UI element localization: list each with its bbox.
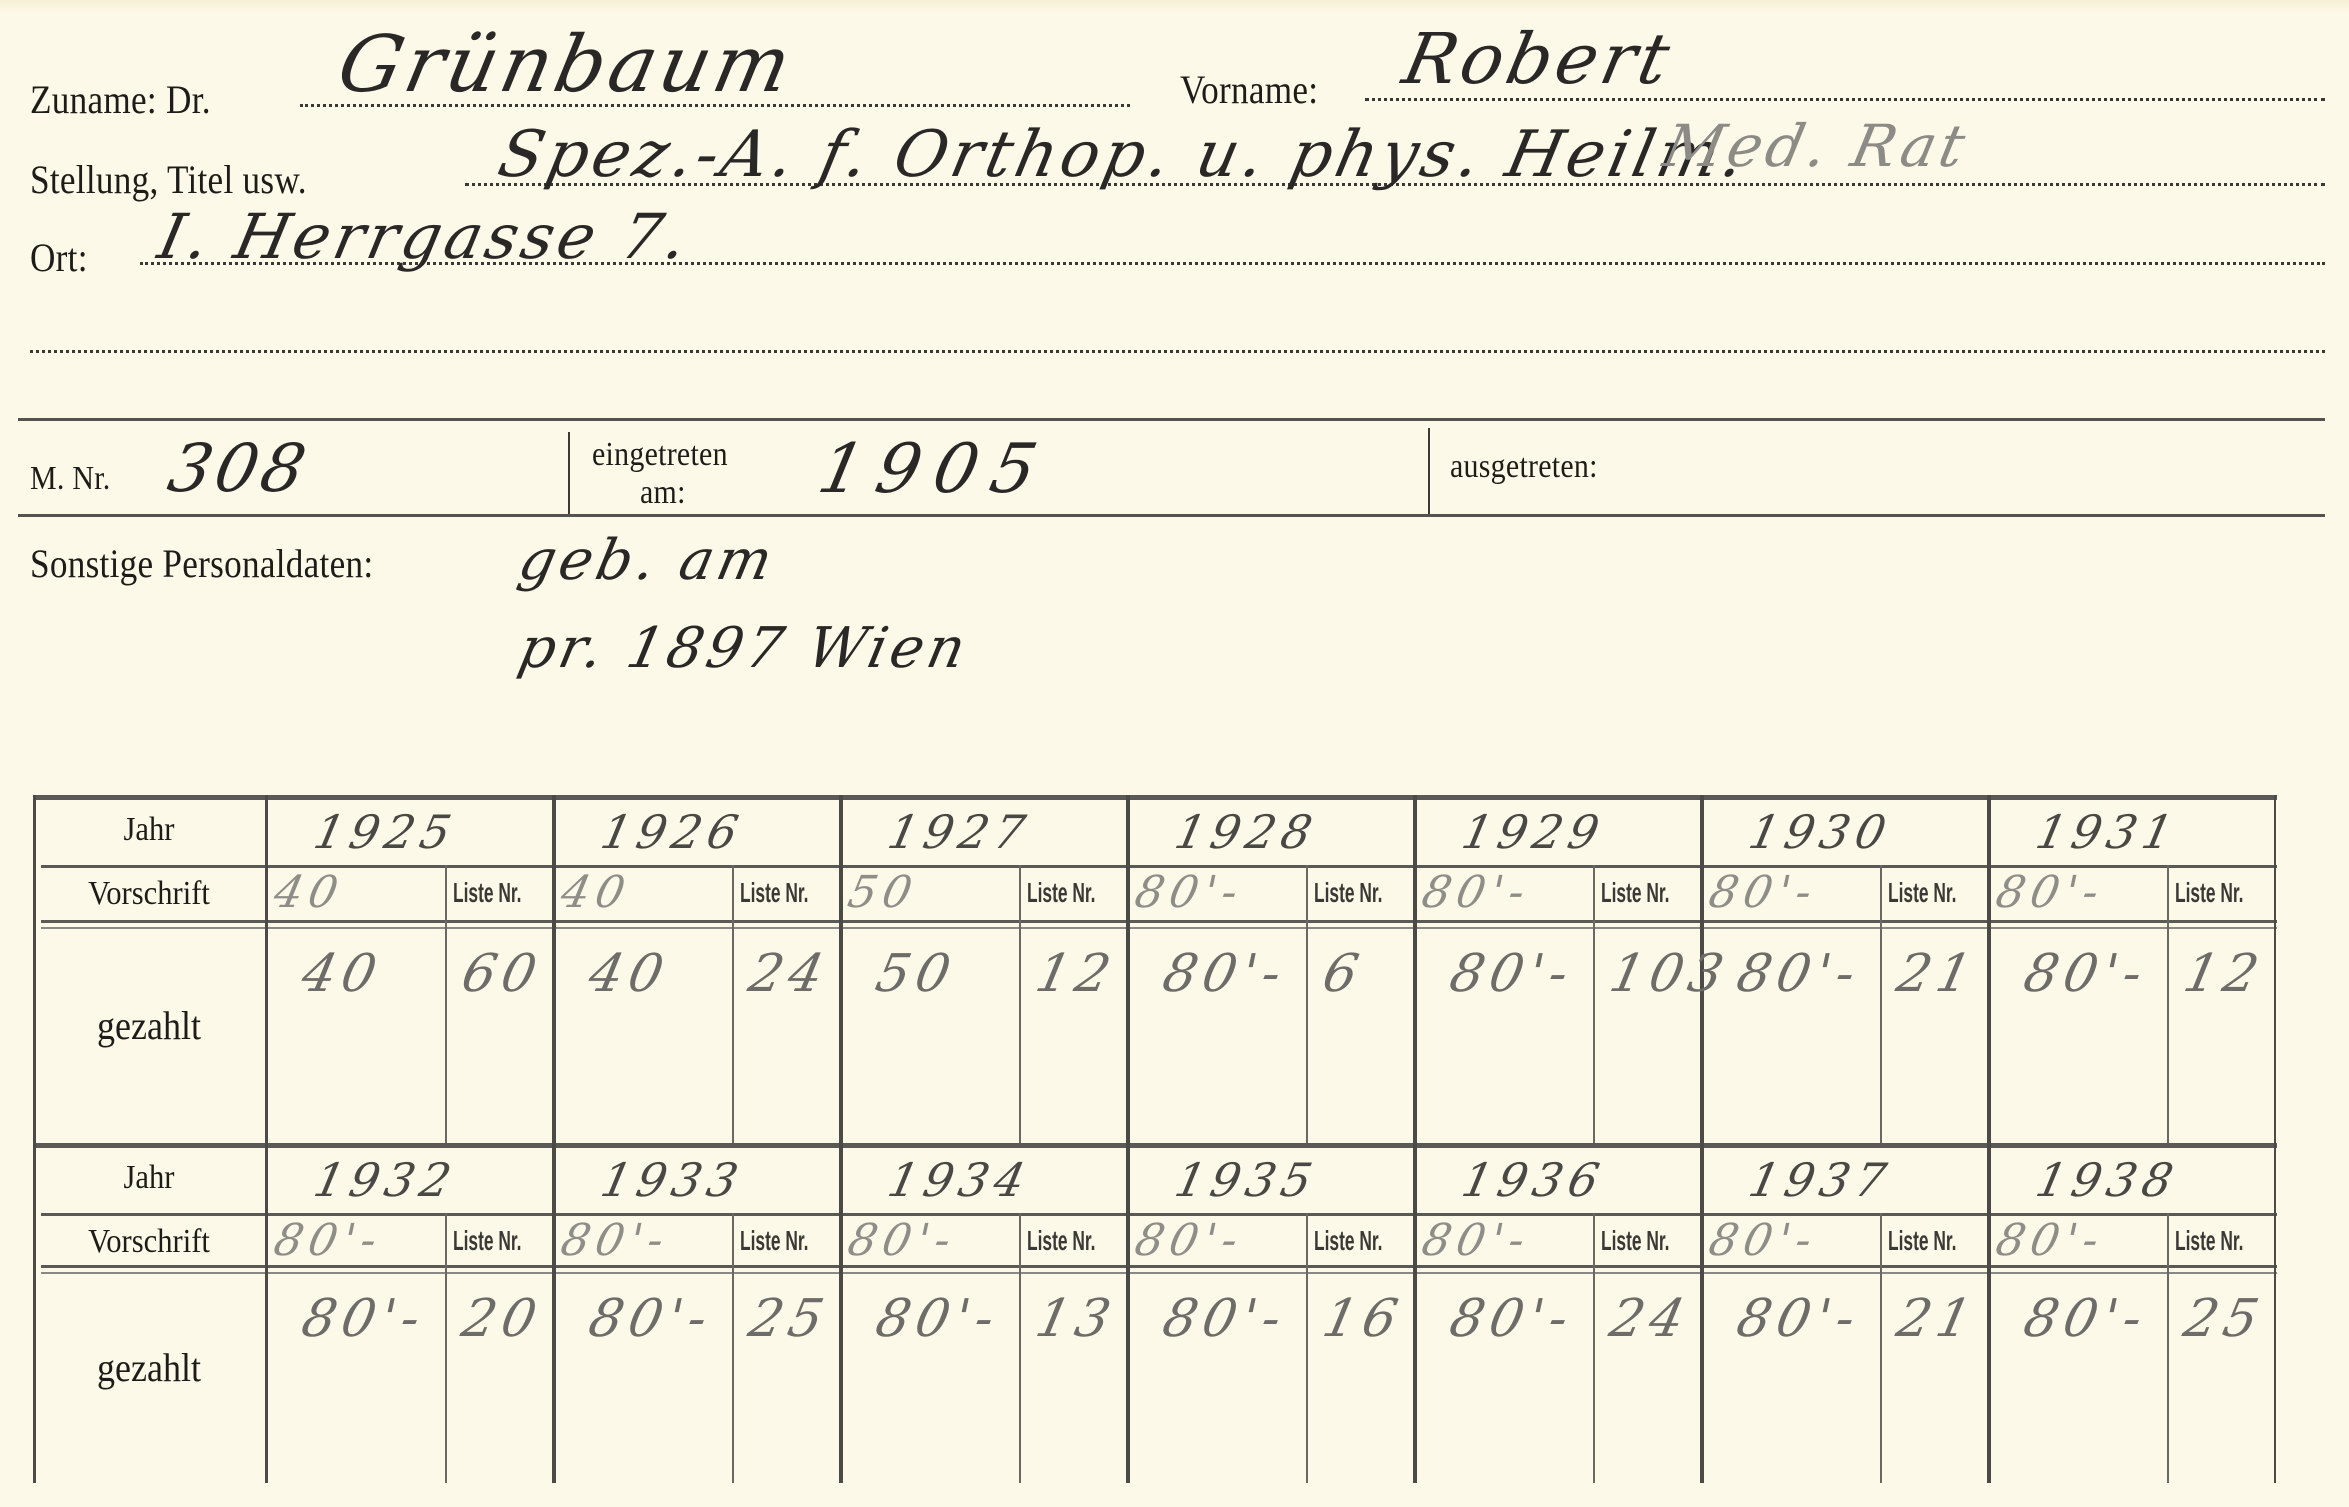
- list-number-label: Liste Nr.: [1314, 877, 1383, 909]
- list-number-divider: [1306, 1213, 1308, 1483]
- prescribed-value: 80'-: [844, 1215, 962, 1266]
- year-column-divider: [552, 1143, 556, 1483]
- list-number-divider: [1593, 1213, 1595, 1483]
- row-label-paid: gezahlt: [45, 1344, 254, 1391]
- table-rule-prescribed: [41, 920, 2277, 923]
- paid-value: 80'-: [871, 1289, 1006, 1349]
- first-name-label: Vorname:: [1180, 66, 1318, 113]
- list-number-divider: [445, 865, 447, 1143]
- table-rule-prescribed-double: [41, 1272, 2277, 1274]
- list-number-value: 103: [1605, 944, 1735, 1004]
- paid-value: 40: [584, 944, 675, 1004]
- list-number-label: Liste Nr.: [1888, 877, 1957, 909]
- list-number-value: 12: [1031, 944, 1122, 1004]
- list-number-label: Liste Nr.: [2175, 1225, 2244, 1257]
- year-value: 1927: [883, 805, 1036, 859]
- row-label-prescribed: Vorschrift: [45, 875, 254, 913]
- dues-table: JahrVorschriftgezahlt192540Liste Nr.4060…: [33, 795, 2277, 1485]
- list-number-value: 25: [2179, 1289, 2270, 1349]
- table-rule-top: [33, 795, 2277, 800]
- row-label-year: Jahr: [45, 811, 254, 849]
- position-label: Stellung, Titel usw.: [30, 156, 307, 203]
- list-number-label: Liste Nr.: [1314, 1225, 1383, 1257]
- year-column-divider: [1126, 1143, 1130, 1483]
- table-rule-prescribed-double: [41, 927, 2277, 929]
- list-number-value: 60: [457, 944, 548, 1004]
- prescribed-value: 80'-: [1992, 1215, 2110, 1266]
- prescribed-value: 80'-: [1418, 867, 1536, 918]
- row-label-year: Jahr: [45, 1159, 254, 1197]
- list-number-value: 21: [1892, 1289, 1983, 1349]
- list-number-value: 20: [457, 1289, 548, 1349]
- list-number-value: 21: [1892, 944, 1983, 1004]
- list-number-divider: [1880, 865, 1882, 1143]
- list-number-label: Liste Nr.: [1027, 877, 1096, 909]
- list-number-divider: [732, 1213, 734, 1483]
- table-left-border: [33, 1143, 36, 1483]
- address-label: Ort:: [30, 234, 88, 281]
- year-value: 1928: [1170, 805, 1323, 859]
- list-number-value: 16: [1318, 1289, 1409, 1349]
- table-label-divider: [265, 1143, 268, 1483]
- year-value: 1933: [596, 1153, 749, 1207]
- left-label: ausgetreten:: [1450, 448, 1598, 486]
- membership-divider-1: [568, 432, 570, 514]
- list-number-divider: [445, 1213, 447, 1483]
- paid-value: 80'-: [2019, 1289, 2154, 1349]
- blank-dotted-line: [30, 350, 2325, 353]
- year-column-divider: [552, 795, 556, 1143]
- table-left-border: [33, 795, 36, 1143]
- paid-value: 80'-: [1732, 944, 1867, 1004]
- list-number-divider: [1880, 1213, 1882, 1483]
- list-number-value: 24: [744, 944, 835, 1004]
- list-number-divider: [1019, 865, 1021, 1143]
- joined-value: 1905: [812, 430, 1058, 509]
- table-label-divider: [265, 795, 268, 1143]
- list-number-label: Liste Nr.: [2175, 877, 2244, 909]
- position-value: Spez.-A. f. Orthop. u. phys. Heilm.: [492, 118, 1755, 192]
- prescribed-value: 80'-: [270, 1215, 388, 1266]
- list-number-value: 13: [1031, 1289, 1122, 1349]
- membership-bottom-rule: [18, 514, 2325, 517]
- list-number-divider: [1019, 1213, 1021, 1483]
- year-value: 1936: [1457, 1153, 1610, 1207]
- member-number-value: 308: [162, 430, 316, 507]
- joined-label-line2: am:: [640, 474, 686, 512]
- list-number-divider: [2167, 865, 2169, 1143]
- other-personal-data-line1: geb. am: [513, 528, 782, 593]
- surname-label: Zuname: Dr.: [30, 76, 211, 123]
- year-column-divider: [1413, 795, 1417, 1143]
- table-rule-top: [33, 1143, 2277, 1148]
- year-column-divider: [1700, 1143, 1704, 1483]
- list-number-value: 6: [1318, 944, 1370, 1004]
- first-name-value: Robert: [1396, 18, 1680, 100]
- list-number-value: 24: [1605, 1289, 1696, 1349]
- year-value: 1932: [309, 1153, 462, 1207]
- paid-value: 40: [297, 944, 388, 1004]
- list-number-label: Liste Nr.: [1027, 1225, 1096, 1257]
- prescribed-value: 80'-: [1418, 1215, 1536, 1266]
- year-value: 1925: [309, 805, 462, 859]
- list-number-divider: [1593, 865, 1595, 1143]
- list-number-divider: [2167, 1213, 2169, 1483]
- prescribed-value: 40: [270, 867, 349, 918]
- list-number-divider: [1306, 865, 1308, 1143]
- other-personal-data-line2: pr. 1897 Wien: [513, 616, 975, 681]
- row-label-paid: gezahlt: [45, 1002, 254, 1049]
- member-number-label: M. Nr.: [30, 460, 111, 498]
- year-value: 1938: [2031, 1153, 2184, 1207]
- year-column-divider: [1987, 1143, 1991, 1483]
- prescribed-value: 80'-: [1131, 867, 1249, 918]
- prescribed-value: 80'-: [1705, 1215, 1823, 1266]
- list-number-divider: [732, 865, 734, 1143]
- list-number-label: Liste Nr.: [453, 877, 522, 909]
- prescribed-value: 50: [844, 867, 923, 918]
- list-number-label: Liste Nr.: [1888, 1225, 1957, 1257]
- prescribed-value: 80'-: [1131, 1215, 1249, 1266]
- year-value: 1930: [1744, 805, 1897, 859]
- prescribed-value: 80'-: [557, 1215, 675, 1266]
- surname-value: Grünbaum: [330, 20, 802, 110]
- position-addendum: Med. Rat: [1658, 112, 1975, 180]
- year-column-divider: [839, 795, 843, 1143]
- membership-index-card: Zuname: Dr. Grünbaum Vorname: Robert Ste…: [0, 0, 2349, 1507]
- list-number-label: Liste Nr.: [740, 1225, 809, 1257]
- list-number-value: 12: [2179, 944, 2270, 1004]
- list-number-label: Liste Nr.: [1601, 1225, 1670, 1257]
- year-value: 1931: [2031, 805, 2184, 859]
- year-column-divider: [1413, 1143, 1417, 1483]
- year-column-divider: [839, 1143, 843, 1483]
- list-number-label: Liste Nr.: [740, 877, 809, 909]
- year-value: 1937: [1744, 1153, 1897, 1207]
- paid-value: 80'-: [2019, 944, 2154, 1004]
- year-value: 1934: [883, 1153, 1036, 1207]
- membership-top-rule: [18, 418, 2325, 421]
- list-number-value: 25: [744, 1289, 835, 1349]
- year-column-divider: [1126, 795, 1130, 1143]
- prescribed-value: 80'-: [1992, 867, 2110, 918]
- list-number-label: Liste Nr.: [1601, 877, 1670, 909]
- list-number-label: Liste Nr.: [453, 1225, 522, 1257]
- paid-value: 80'-: [1158, 944, 1293, 1004]
- paid-value: 80'-: [1445, 1289, 1580, 1349]
- paid-value: 80'-: [1445, 944, 1580, 1004]
- paid-value: 50: [871, 944, 962, 1004]
- year-value: 1935: [1170, 1153, 1323, 1207]
- joined-label-line1: eingetreten: [592, 436, 728, 474]
- year-column-divider: [1987, 795, 1991, 1143]
- paid-value: 80'-: [297, 1289, 432, 1349]
- year-value: 1929: [1457, 805, 1610, 859]
- table-right-border: [2274, 795, 2276, 1483]
- row-label-prescribed: Vorschrift: [45, 1223, 254, 1261]
- paid-value: 80'-: [1732, 1289, 1867, 1349]
- paid-value: 80'-: [584, 1289, 719, 1349]
- other-personal-data-label: Sonstige Personaldaten:: [30, 540, 373, 587]
- membership-divider-2: [1428, 428, 1430, 516]
- prescribed-value: 40: [557, 867, 636, 918]
- prescribed-value: 80'-: [1705, 867, 1823, 918]
- year-value: 1926: [596, 805, 749, 859]
- address-value: I. Herrgasse 7.: [152, 200, 697, 273]
- paid-value: 80'-: [1158, 1289, 1293, 1349]
